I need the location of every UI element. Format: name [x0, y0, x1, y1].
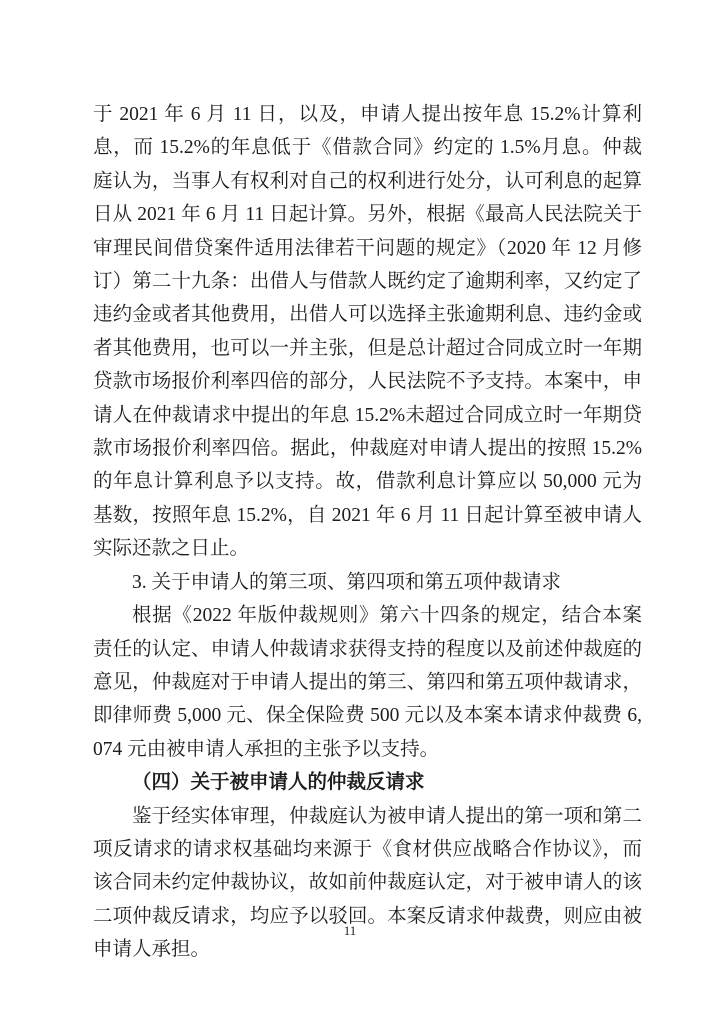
document-body-text: 于 2021 年 6 月 11 日，以及，申请人提出按年息 15.2%计算利息，… [93, 98, 642, 967]
section-heading-counterclaim: （四）关于被申请人的仲裁反请求 [93, 766, 642, 799]
heading-claims-3-4-5: 3. 关于申请人的第三项、第四项和第五项仲裁请求 [93, 566, 642, 599]
paragraph-counterclaim-ruling: 鉴于经实体审理，仲裁庭认为被申请人提出的第一项和第二项反请求的请求权基础均来源于… [93, 800, 642, 967]
document-page: 于 2021 年 6 月 11 日，以及，申请人提出按年息 15.2%计算利息，… [0, 0, 727, 1024]
paragraph-fees-ruling: 根据《2022 年版仲裁规则》第六十四条的规定，结合本案责任的认定、申请人仲裁请… [93, 599, 642, 766]
page-number: 11 [344, 923, 357, 938]
page-footer: 11 [0, 922, 700, 940]
paragraph-interest-ruling-continuation: 于 2021 年 6 月 11 日，以及，申请人提出按年息 15.2%计算利息，… [93, 98, 642, 566]
